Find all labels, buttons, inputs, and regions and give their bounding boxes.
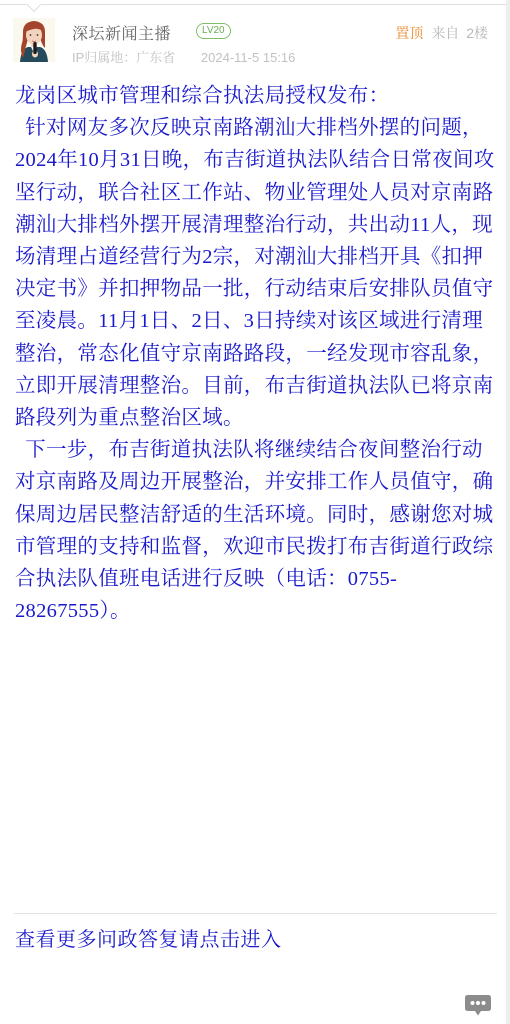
- avatar[interactable]: [13, 18, 55, 62]
- floor-divider-top: [0, 4, 506, 5]
- ip-location: IP归属地：广东省: [72, 50, 175, 65]
- post-body: 龙岗区城市管理和综合执法局授权发布： 针对网友多次反映京南路潮汕大排档外摆的问题…: [15, 80, 497, 627]
- pinned-badge: 置顶: [395, 25, 423, 41]
- floor-info: 置顶 来自 2楼: [395, 23, 488, 43]
- level-badge: LV20: [196, 23, 231, 39]
- pointer-arrow: [27, 0, 41, 12]
- post-floor: 深坛新闻主播 LV20 IP归属地：广东省 2024-11-5 15:16 置顶…: [0, 0, 510, 1024]
- post-header: 深坛新闻主播 LV20 IP归属地：广东省 2024-11-5 15:16 置顶…: [0, 15, 506, 69]
- content-divider: [14, 913, 497, 914]
- more-replies-link[interactable]: 查看更多问政答复请点击进入: [15, 923, 282, 952]
- post-heading: 龙岗区城市管理和综合执法局授权发布：: [15, 80, 497, 112]
- floor-number: 2楼: [466, 25, 488, 41]
- from-label: 来自: [431, 25, 459, 41]
- comment-bubble-icon: [465, 995, 491, 1016]
- post-timestamp: 2024-11-5 15:16: [201, 50, 295, 65]
- post-paragraph: 下一步，布吉街道执法队将继续结合夜间整治行动对京南路及周边开展整治，并安排工作人…: [15, 434, 497, 627]
- post-paragraph: 针对网友多次反映京南路潮汕大排档外摆的问题，2024年10月31日晚，布吉街道执…: [15, 112, 497, 434]
- post-meta: IP归属地：广东省 2024-11-5 15:16: [72, 47, 295, 66]
- reply-button[interactable]: [465, 995, 491, 1016]
- reporter-avatar-icon: [13, 18, 55, 62]
- author-name[interactable]: 深坛新闻主播: [72, 21, 171, 44]
